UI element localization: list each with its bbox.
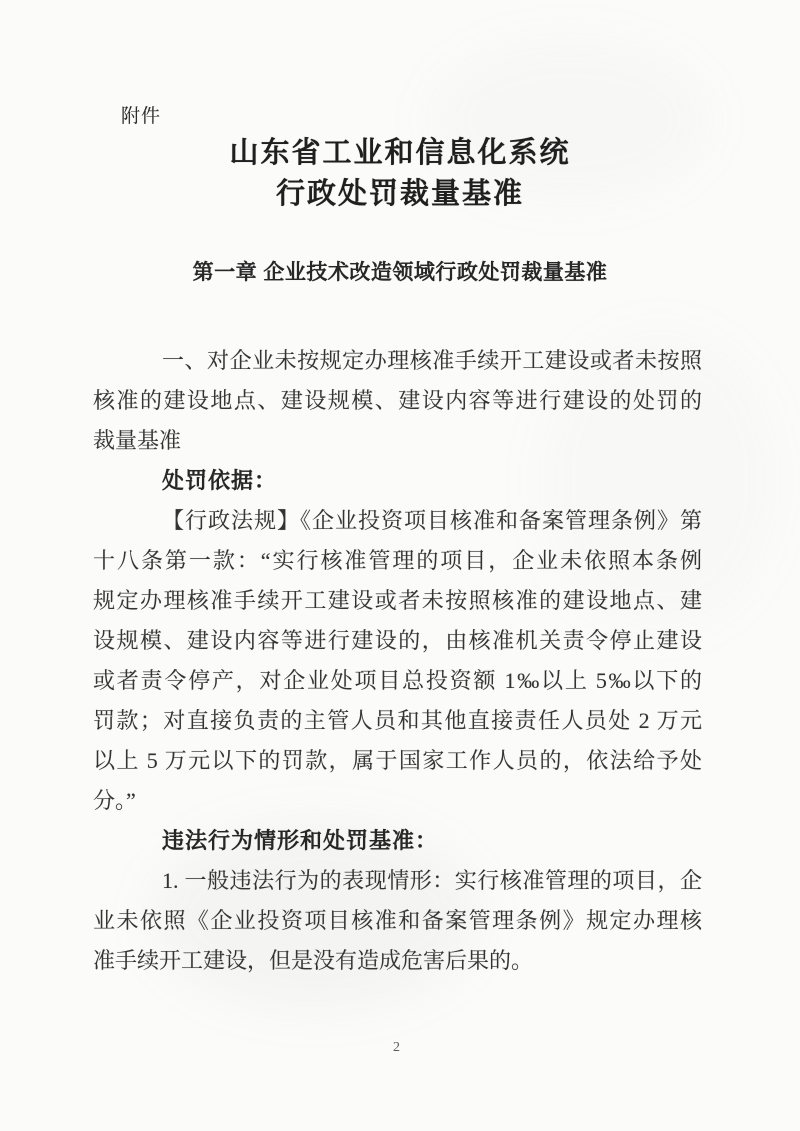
body-line: 一、对企业未按规定办理核准手续开工建设或者未按照: [93, 341, 702, 381]
chapter-heading: 第一章 企业技术改造领域行政处罚裁量基准: [0, 258, 800, 288]
body-line: 裁量基准: [93, 421, 702, 461]
document-title: 山东省工业和信息化系统 行政处罚裁量基准: [0, 133, 800, 215]
section-heading: 违法行为情形和处罚基准：: [93, 821, 702, 861]
body-line: 以上 5 万元以下的罚款，属于国家工作人员的，依法给予处: [93, 741, 702, 781]
section-heading: 处罚依据：: [93, 461, 702, 501]
body-line: 或者责令停产，对企业处项目总投资额 1‰以上 5‰以下的: [93, 661, 702, 701]
body-line: 核准的建设地点、建设规模、建设内容等进行建设的处罚的: [93, 381, 702, 421]
body-line: 业未依照《企业投资项目核准和备案管理条例》规定办理核: [93, 901, 702, 941]
body-line: 规定办理核准手续开工建设或者未按照核准的建设地点、建: [93, 581, 702, 621]
body-line: 【行政法规】《企业投资项目核准和备案管理条例》第: [93, 501, 702, 541]
body-line: 准手续开工建设，但是没有造成危害后果的。: [93, 941, 702, 981]
body-line: 罚款；对直接负责的主管人员和其他直接责任人员处 2 万元: [93, 701, 702, 741]
body-line: 设规模、建设内容等进行建设的，由核准机关责令停止建设: [93, 621, 702, 661]
document-body: 一、对企业未按规定办理核准手续开工建设或者未按照 核准的建设地点、建设规模、建设…: [93, 341, 702, 981]
page-number: 2: [0, 1040, 793, 1056]
attachment-label: 附件: [121, 101, 161, 128]
body-line: 十八条第一款：“实行核准管理的项目，企业未依照本条例: [93, 541, 702, 581]
body-line: 1. 一般违法行为的表现情形：实行核准管理的项目，企: [93, 861, 702, 901]
document-title-line2: 行政处罚裁量基准: [0, 174, 800, 215]
scanned-document-page: 附件 山东省工业和信息化系统 行政处罚裁量基准 第一章 企业技术改造领域行政处罚…: [0, 0, 800, 1131]
body-line: 分。”: [93, 781, 702, 821]
document-title-line1: 山东省工业和信息化系统: [0, 133, 800, 174]
